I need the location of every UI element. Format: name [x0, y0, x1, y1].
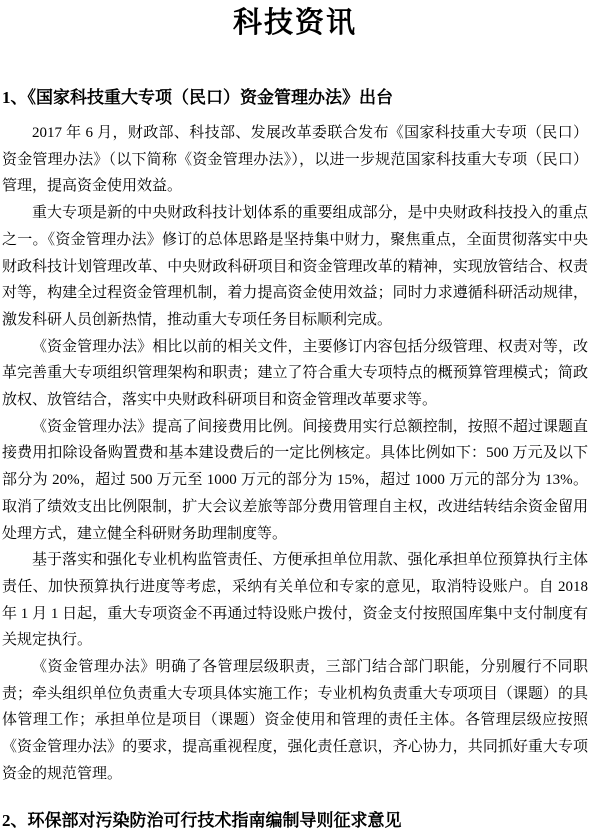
section-1-paragraph-2: 重大专项是新的中央财政科技计划体系的重要组成部分，是中央财政科技投入的重点之一。… — [2, 200, 588, 334]
section-1-paragraph-4: 《资金管理办法》提高了间接费用比例。间接费用实行总额控制，按照不超过课题直接费用… — [2, 414, 588, 548]
section-1-heading: 1、《国家科技重大专项（民口）资金管理办法》出台 — [2, 87, 588, 109]
document-page: 科技资讯 1、《国家科技重大专项（民口）资金管理办法》出台 2017 年 6 月… — [0, 0, 590, 836]
section-1-paragraph-1: 2017 年 6 月，财政部、科技部、发展改革委联合发布《国家科技重大专项（民口… — [2, 120, 588, 200]
document-title: 科技资讯 — [2, 4, 588, 42]
section-1-paragraph-6: 《资金管理办法》明确了各管理层级职责，三部门结合部门职能，分别履行不同职责；牵头… — [2, 654, 588, 788]
section-2-heading: 2、环保部对污染防治可行技术指南编制导则征求意见 — [2, 810, 588, 832]
section-1-paragraph-5: 基于落实和强化专业机构监管责任、方便承担单位用款、强化承担单位预算执行主体责任、… — [2, 547, 588, 654]
section-1-paragraph-3: 《资金管理办法》相比以前的相关文件，主要修订内容包括分级管理、权责对等，改革完善… — [2, 334, 588, 414]
